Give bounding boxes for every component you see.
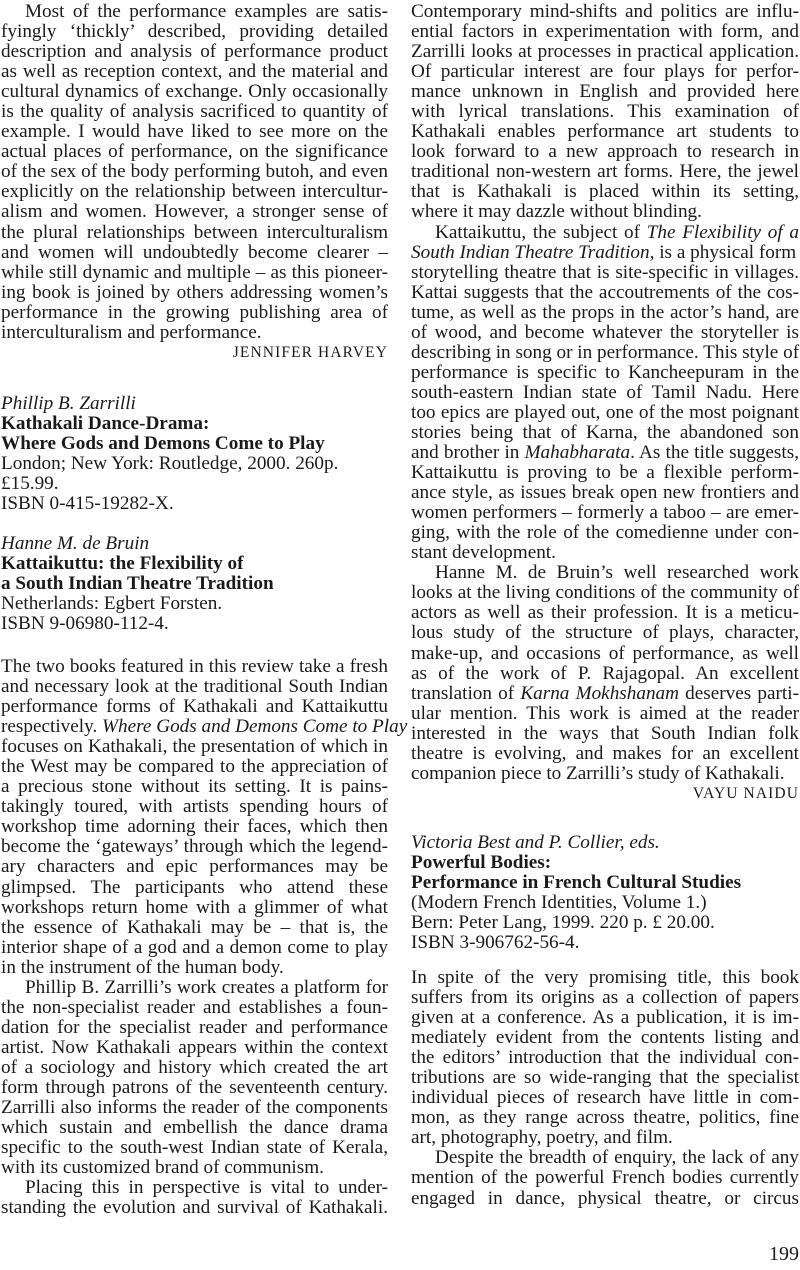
text-line: that is Kathakali is placed within its s…: [411, 182, 799, 202]
text-line: describing in song or in performance. Th…: [411, 343, 799, 363]
text-line: make-up, and occasions of performance, a…: [411, 644, 799, 664]
text-line: performance in the growing publishing ar…: [1, 303, 388, 323]
text-line: looks at the living conditions of the co…: [411, 583, 799, 603]
text-line: ing book is joined by others addressing …: [1, 283, 388, 303]
text-line: which sustain and embellish the dance dr…: [1, 1118, 388, 1138]
book-series: (Modern French Identities, Volume 1.): [411, 893, 799, 913]
book-publisher: London; New York: Routledge, 2000. 260p.: [1, 454, 388, 474]
text-line: Zarrilli also informs the reader of the …: [1, 1098, 388, 1118]
text-line: performance is specific to Kancheepuram …: [411, 363, 799, 383]
text-line: description and analysis of performance …: [1, 42, 388, 62]
book-subtitle: Performance in French Cultural Studies: [411, 873, 799, 893]
text-line: mance unknown in English and provided he…: [411, 82, 799, 102]
text-line: of wood, and become whatever the storyte…: [411, 323, 799, 343]
text-line: explicitly on the relationship between i…: [1, 182, 388, 202]
text-line: stories being that of Karna, the abandon…: [411, 423, 799, 443]
text-line: cultural dynamics of exchange. Only occa…: [1, 82, 388, 102]
text-line: Kattaikuttu is proving to be a flexible …: [411, 463, 799, 483]
book-subtitle: a South Indian Theatre Tradition: [1, 574, 388, 594]
book-publisher: Netherlands: Egbert Forsten.: [1, 594, 388, 614]
text-line: and women will undoubtedly become cleare…: [1, 243, 388, 263]
text-line: specific to the south-west Indian state …: [1, 1138, 388, 1158]
text-line: south-eastern Indian state of Tamil Nadu…: [411, 383, 799, 403]
text-line: workshops return home with a glimmer of …: [1, 898, 388, 918]
text-line: interested in the ways that South Indian…: [411, 724, 799, 744]
reviewer-signature: JENNIFER HARVEY: [1, 343, 388, 363]
text-run: Kattaikuttu, the subject of: [435, 222, 647, 243]
text-line: art, photography, poetry, and film.: [411, 1128, 799, 1148]
text-line: glimpsed. The participants who attend th…: [1, 878, 388, 898]
text-line: lous study of the structure of plays, ch…: [411, 623, 799, 643]
text-line: Most of the performance examples are sat…: [1, 2, 388, 22]
book-entry-kattaikuttu: Hanne M. de Bruin Kattaikuttu: the Flexi…: [1, 534, 388, 634]
text-line: tributions are so wide-ranging that the …: [411, 1068, 799, 1088]
text-line: theatre is evolving, and makes for an ex…: [411, 744, 799, 764]
book-author: Phillip B. Zarrilli: [1, 394, 388, 414]
text-line: performance forms of Kathakali and Katta…: [1, 697, 388, 717]
text-line: suffers from its origins as a collection…: [411, 988, 799, 1008]
text-line: interior shape of a god and a demon come…: [1, 938, 388, 958]
text-line: of a sociology and history which created…: [1, 1058, 388, 1078]
book-entry-powerful-bodies: Victoria Best and P. Collier, eds. Power…: [411, 833, 799, 953]
book-title-italic: Mahabharata: [525, 442, 631, 463]
text-line: Zarrilli looks at processes in practical…: [411, 42, 799, 62]
text-line: become the ‘gateways’ through which the …: [1, 837, 388, 857]
text-line: mon, as they range across theatre, polit…: [411, 1108, 799, 1128]
text-line: mediately evident from the contents list…: [411, 1028, 799, 1048]
text-line: The two books featured in this review ta…: [1, 657, 388, 677]
book-title-italic: South Indian Theatre Tradition: [411, 242, 650, 263]
text-line: the essence of Kathakali may be – that i…: [1, 918, 388, 938]
text-line: ential factors in experimentation with f…: [411, 22, 799, 42]
book-author: Victoria Best and P. Collier, eds.: [411, 833, 799, 853]
text-line: interculturalism and performance.: [1, 323, 388, 343]
text-line: fyingly ‘thickly’ described, providing d…: [1, 22, 388, 42]
text-line: Placing this in perspective is vital to …: [1, 1178, 388, 1198]
book-title: Kattaikuttu: the Flexibility of: [1, 554, 388, 574]
text-line: ary characters and epic performances may…: [1, 857, 388, 877]
text-line: is the quality of analysis sacrificed to…: [1, 102, 388, 122]
text-line: artist. Now Kathakali appears within the…: [1, 1038, 388, 1058]
book-subtitle: Where Gods and Demons Come to Play: [1, 434, 388, 454]
text-line: with its customized brand of communism.: [1, 1158, 388, 1178]
text-line: ance style, as issues break open new fro…: [411, 483, 799, 503]
text-run: , is a physical form of: [650, 242, 800, 263]
text-line: Kathakali enables performance art studen…: [411, 122, 799, 142]
book-title: Kathakali Dance-Drama:: [1, 414, 388, 434]
text-line: the non-specialist reader and establishe…: [1, 998, 388, 1018]
text-line: mention of the powerful French bodies cu…: [411, 1168, 799, 1188]
text-line: dation for the specialist reader and per…: [1, 1018, 388, 1038]
text-run: and brother in: [411, 442, 525, 463]
text-line: South Indian Theatre Tradition, is a phy…: [411, 243, 799, 263]
text-line: standing the evolution and survival of K…: [1, 1198, 388, 1218]
review-naidu-continued: Contemporary mind-shifts and politics ar…: [411, 2, 799, 804]
book-title: Powerful Bodies:: [411, 853, 799, 873]
text-line: the West may be compared to the apprecia…: [1, 757, 388, 777]
text-line: the editors’ introduction that the indiv…: [411, 1048, 799, 1068]
text-line: alism and women. However, a stronger sen…: [1, 202, 388, 222]
text-line: women performers – formerly a taboo – ar…: [411, 503, 799, 523]
text-line: and brother in Mahabharata. As the title…: [411, 443, 799, 463]
text-line: Hanne M. de Bruin’s well researched work: [411, 563, 799, 583]
text-run: translation of: [411, 683, 520, 704]
text-line: storytelling theatre that is site-specif…: [411, 263, 799, 283]
text-line: workshop time adorning their faces, whic…: [1, 817, 388, 837]
text-line: where it may dazzle without blinding.: [411, 202, 799, 222]
text-line: stant development.: [411, 543, 799, 563]
text-line: with lyrical translations. This examinat…: [411, 102, 799, 122]
book-author: Hanne M. de Bruin: [1, 534, 388, 554]
text-line: Phillip B. Zarrilli’s work creates a pla…: [1, 978, 388, 998]
book-isbn: ISBN 9-06980-112-4.: [1, 614, 388, 634]
text-line: Of particular interest are four plays fo…: [411, 62, 799, 82]
text-line: tume, as well as the props in the actor’…: [411, 303, 799, 323]
text-line: a precious stone without its setting. It…: [1, 777, 388, 797]
text-run: respectively.: [1, 716, 102, 737]
text-line: too epics are played out, one of the mos…: [411, 403, 799, 423]
text-line: form through patrons of the seventeenth …: [1, 1078, 388, 1098]
text-line: Contemporary mind-shifts and politics ar…: [411, 2, 799, 22]
text-line: actors as well as their profession. It i…: [411, 603, 799, 623]
text-line: ging, with the role of the comedienne un…: [411, 523, 799, 543]
book-entry-kathakali: Phillip B. Zarrilli Kathakali Dance-Dram…: [1, 394, 388, 514]
text-line: ular mention. This work is aimed at the …: [411, 704, 799, 724]
text-line: given at a conference. As a publication,…: [411, 1008, 799, 1028]
text-line: takingly toured, with artists spending h…: [1, 797, 388, 817]
reviewer-signature: VAYU NAIDU: [411, 784, 799, 804]
text-line: focuses on Kathakali, the presentation o…: [1, 737, 388, 757]
text-line: respectively. Where Gods and Demons Come…: [1, 717, 388, 737]
page-number: 199: [769, 1243, 799, 1265]
text-line: Despite the breadth of enquiry, the lack…: [411, 1148, 799, 1168]
book-isbn: ISBN 0-415-19282-X.: [1, 494, 388, 514]
text-line: In spite of the very promising title, th…: [411, 968, 799, 988]
review-harvey-conclusion: Most of the performance examples are sat…: [1, 2, 388, 363]
book-isbn: ISBN 3-906762-56-4.: [411, 933, 799, 953]
text-line: companion piece to Zarrilli’s study of K…: [411, 764, 799, 784]
text-line: the plural relationships between intercu…: [1, 223, 388, 243]
text-line: while still dynamic and multiple – as th…: [1, 263, 388, 283]
text-line: translation of Karna Mokhshanam deserves…: [411, 684, 799, 704]
text-line: of the sex of the body performing butoh,…: [1, 162, 388, 182]
text-line: individual pieces of research have littl…: [411, 1088, 799, 1108]
text-line: Kattai suggests that the accoutrements o…: [411, 283, 799, 303]
book-price: £15.99.: [1, 474, 388, 494]
text-run: deserves parti-: [679, 683, 799, 704]
text-line: look forward to a new approach to resear…: [411, 142, 799, 162]
text-line: as of the work of P. Rajagopal. An excel…: [411, 664, 799, 684]
review-naidu-body: The two books featured in this review ta…: [1, 657, 388, 1218]
book-title-italic: Karna Mokhshanam: [520, 683, 679, 704]
book-title-italic: The Flexibility of a: [647, 222, 799, 243]
text-line: traditional non-western art forms. Here,…: [411, 162, 799, 182]
book-publisher: Bern: Peter Lang, 1999. 220 p. £ 20.00.: [411, 913, 799, 933]
text-line: actual places of performance, on the sig…: [1, 142, 388, 162]
text-line: as well as reception context, and the ma…: [1, 62, 388, 82]
book-title-italic: Where Gods and Demons Come to Play: [102, 716, 407, 737]
review-powerful-bodies-body: In spite of the very promising title, th…: [411, 968, 799, 1209]
text-line: Kattaikuttu, the subject of The Flexibil…: [411, 223, 799, 243]
text-run: . As the title suggests,: [630, 442, 799, 463]
text-line: in the instrument of the human body.: [1, 958, 388, 978]
text-line: and necessary look at the traditional So…: [1, 677, 388, 697]
text-line: example. I would have liked to see more …: [1, 122, 388, 142]
text-line: engaged in dance, physical theatre, or c…: [411, 1189, 799, 1209]
